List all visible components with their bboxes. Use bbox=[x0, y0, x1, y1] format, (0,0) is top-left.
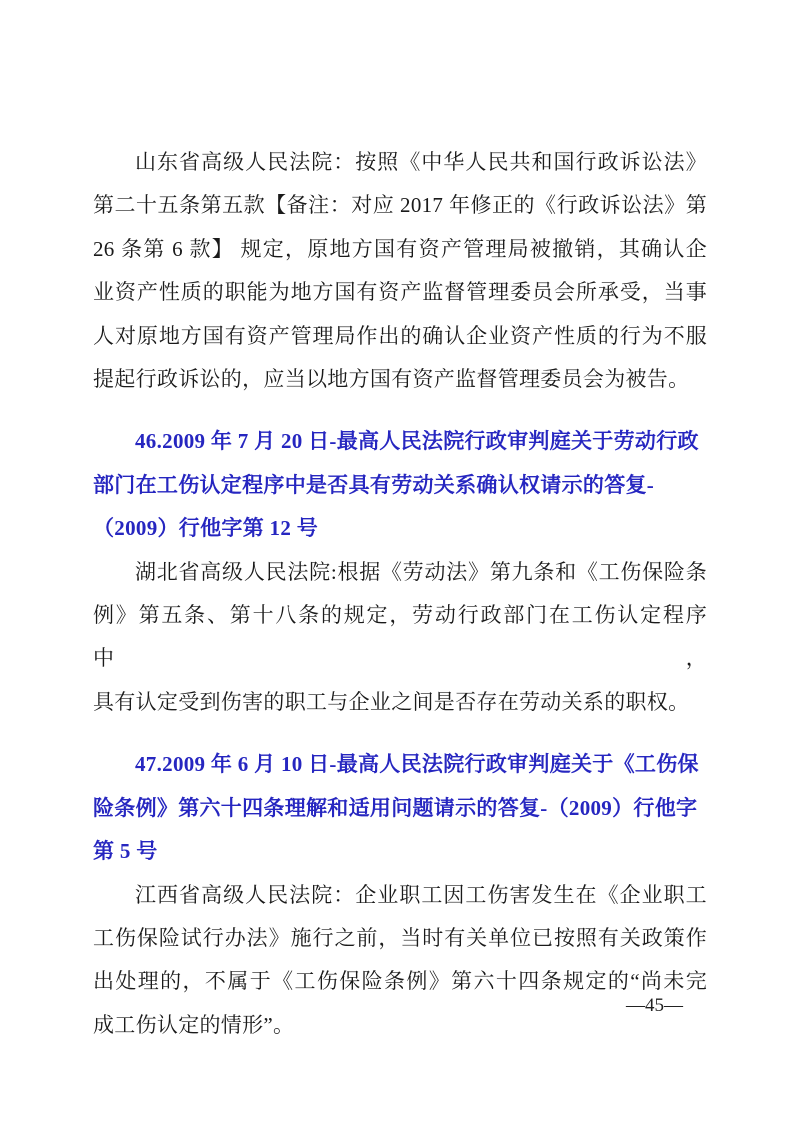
heading-line: 47.2009 年 6 月 10 日-最高人民法院行政审判庭关于《工伤保 bbox=[93, 743, 707, 786]
heading-line: 险条例》第六十四条理解和适用问题请示的答复-（2009）行他字 bbox=[93, 787, 707, 830]
text-line: 工伤保险试行办法》施行之前，当时有关单位已按照有关政策作 bbox=[93, 917, 707, 960]
text-line: 人对原地方国有资产管理局作出的确认企业资产性质的行为不服 bbox=[93, 315, 707, 358]
text-line: 第二十五条第五款【备注：对应 2017 年修正的《行政诉讼法》第 bbox=[93, 184, 707, 227]
text-line: 提起行政诉讼的，应当以地方国有资产监督管理委员会为被告。 bbox=[93, 358, 707, 401]
heading-line: 46.2009 年 7 月 20 日-最高人民法院行政审判庭关于劳动行政 bbox=[93, 420, 707, 463]
text-line: 例》第五条、第十八条的规定，劳动行政部门在工伤认定程序中， bbox=[93, 594, 707, 681]
text-line: 业资产性质的职能为地方国有资产监督管理委员会所承受，当事 bbox=[93, 271, 707, 314]
heading-entry-47: 47.2009 年 6 月 10 日-最高人民法院行政审判庭关于《工伤保 险条例… bbox=[93, 743, 707, 873]
text-line: 具有认定受到伤害的职工与企业之间是否存在劳动关系的职权。 bbox=[93, 681, 707, 724]
paragraph-shandong-reply: 山东省高级人民法院：按照《中华人民共和国行政诉讼法》 第二十五条第五款【备注：对… bbox=[93, 141, 707, 401]
page-content: 山东省高级人民法院：按照《中华人民共和国行政诉讼法》 第二十五条第五款【备注：对… bbox=[93, 141, 707, 1047]
paragraph-jiangxi-reply: 江西省高级人民法院：企业职工因工伤害发生在《企业职工 工伤保险试行办法》施行之前… bbox=[93, 874, 707, 1048]
text-line: 成工伤认定的情形”。 bbox=[93, 1004, 707, 1047]
document-page: 山东省高级人民法院：按照《中华人民共和国行政诉讼法》 第二十五条第五款【备注：对… bbox=[0, 0, 793, 1122]
heading-line: 部门在工伤认定程序中是否具有劳动关系确认权请示的答复- bbox=[93, 464, 707, 507]
paragraph-hubei-reply: 湖北省高级人民法院:根据《劳动法》第九条和《工伤保险条 例》第五条、第十八条的规… bbox=[93, 551, 707, 725]
text-line: 出处理的，不属于《工伤保险条例》第六十四条规定的“尚未完 bbox=[93, 960, 707, 1003]
page-number: —45— bbox=[626, 996, 683, 1016]
text-line: 江西省高级人民法院：企业职工因工伤害发生在《企业职工 bbox=[93, 874, 707, 917]
text-line: 山东省高级人民法院：按照《中华人民共和国行政诉讼法》 bbox=[93, 141, 707, 184]
heading-entry-46: 46.2009 年 7 月 20 日-最高人民法院行政审判庭关于劳动行政 部门在… bbox=[93, 420, 707, 550]
text-line: 湖北省高级人民法院:根据《劳动法》第九条和《工伤保险条 bbox=[93, 551, 707, 594]
heading-line: （2009）行他字第 12 号 bbox=[93, 507, 707, 550]
heading-line: 第 5 号 bbox=[93, 830, 707, 873]
text-line: 26 条第 6 款】 规定，原地方国有资产管理局被撤销，其确认企 bbox=[93, 228, 707, 271]
